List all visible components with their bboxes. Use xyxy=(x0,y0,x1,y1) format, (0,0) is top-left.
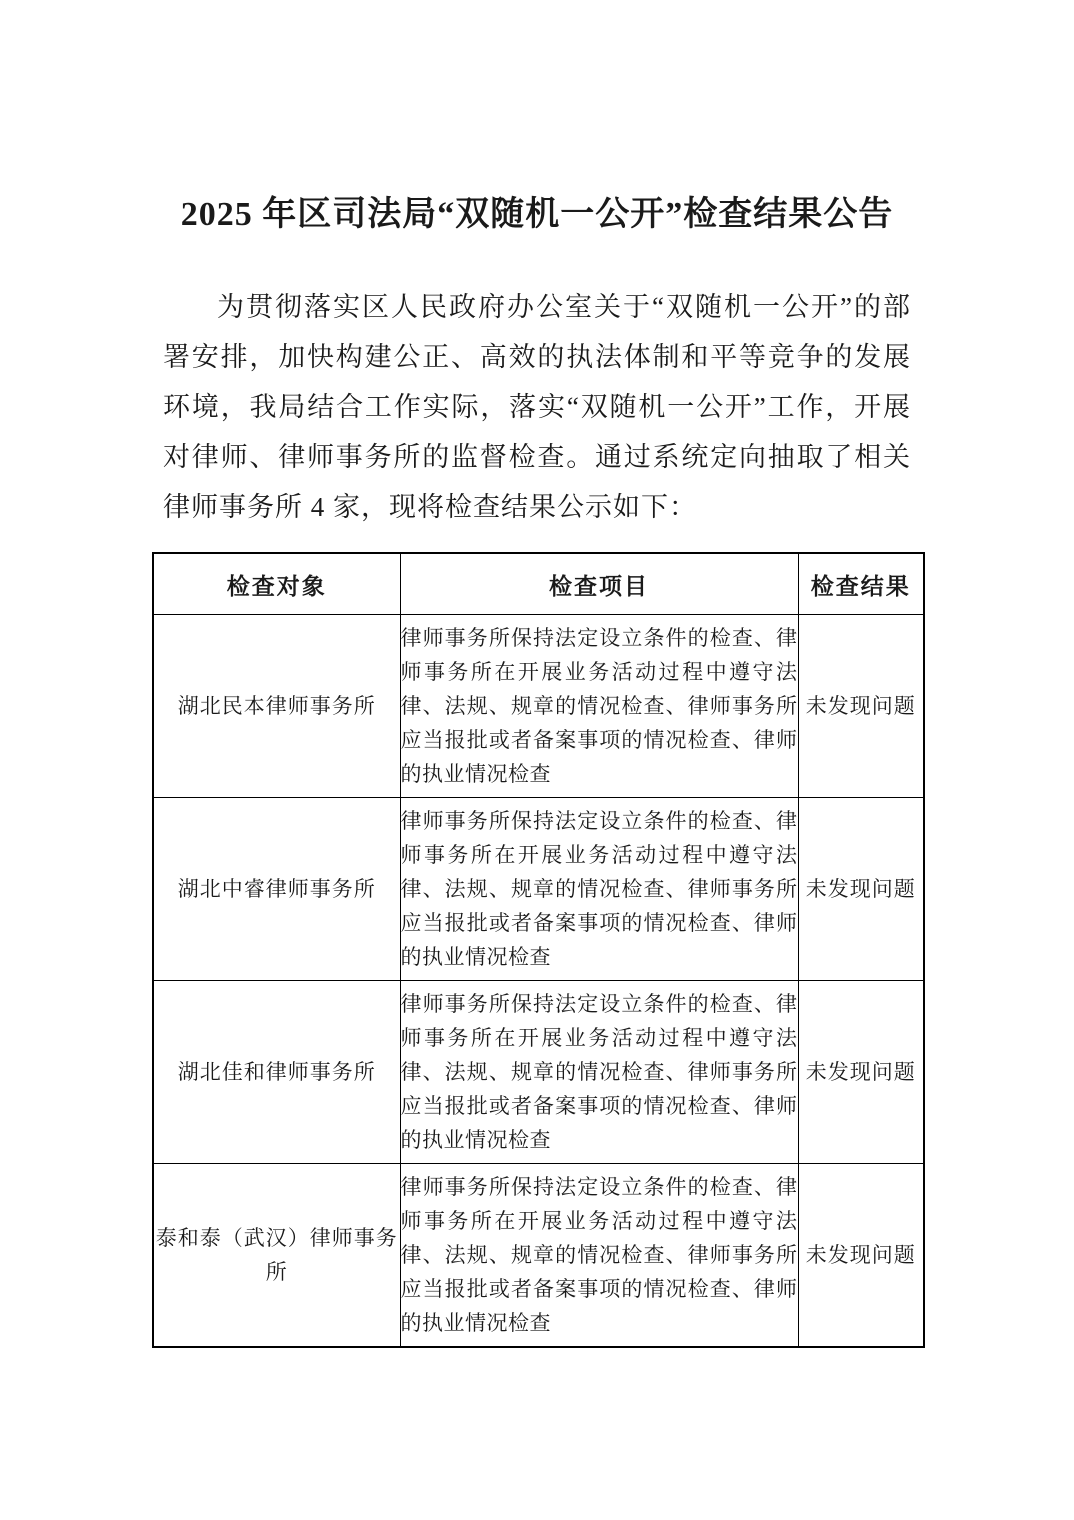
column-header-inspection-result: 检查结果 xyxy=(798,553,924,615)
inspection-target-cell: 湖北佳和律师事务所 xyxy=(153,981,400,1164)
inspection-result-cell: 未发现问题 xyxy=(798,798,924,981)
inspection-target-cell: 湖北民本律师事务所 xyxy=(153,615,400,798)
inspection-target-cell: 湖北中睿律师事务所 xyxy=(153,798,400,981)
column-header-inspection-items: 检查项目 xyxy=(400,553,798,615)
table-row: 湖北中睿律师事务所 律师事务所保持法定设立条件的检查、律师事务所在开展业务活动过… xyxy=(153,798,924,981)
inspection-result-cell: 未发现问题 xyxy=(798,1164,924,1347)
table-header-row: 检查对象 检查项目 检查结果 xyxy=(153,553,924,615)
inspection-items-cell: 律师事务所保持法定设立条件的检查、律师事务所在开展业务活动过程中遵守法律、法规、… xyxy=(400,1164,798,1347)
column-header-inspection-target: 检查对象 xyxy=(153,553,400,615)
inspection-items-cell: 律师事务所保持法定设立条件的检查、律师事务所在开展业务活动过程中遵守法律、法规、… xyxy=(400,615,798,798)
inspection-results-table: 检查对象 检查项目 检查结果 湖北民本律师事务所 律师事务所保持法定设立条件的检… xyxy=(152,552,925,1348)
page-title: 2025 年区司法局“双随机一公开”检查结果公告 xyxy=(0,0,1074,238)
inspection-items-cell: 律师事务所保持法定设立条件的检查、律师事务所在开展业务活动过程中遵守法律、法规、… xyxy=(400,981,798,1164)
inspection-result-cell: 未发现问题 xyxy=(798,981,924,1164)
inspection-result-cell: 未发现问题 xyxy=(798,615,924,798)
document-page: 2025 年区司法局“双随机一公开”检查结果公告 为贯彻落实区人民政府办公室关于… xyxy=(0,0,1074,1520)
inspection-items-cell: 律师事务所保持法定设立条件的检查、律师事务所在开展业务活动过程中遵守法律、法规、… xyxy=(400,798,798,981)
table-row: 湖北佳和律师事务所 律师事务所保持法定设立条件的检查、律师事务所在开展业务活动过… xyxy=(153,981,924,1164)
inspection-target-cell: 泰和泰（武汉）律师事务所 xyxy=(153,1164,400,1347)
table-row: 湖北民本律师事务所 律师事务所保持法定设立条件的检查、律师事务所在开展业务活动过… xyxy=(153,615,924,798)
table-row: 泰和泰（武汉）律师事务所 律师事务所保持法定设立条件的检查、律师事务所在开展业务… xyxy=(153,1164,924,1347)
body-paragraph: 为贯彻落实区人民政府办公室关于“双随机一公开”的部署安排，加快构建公正、高效的执… xyxy=(163,282,911,532)
